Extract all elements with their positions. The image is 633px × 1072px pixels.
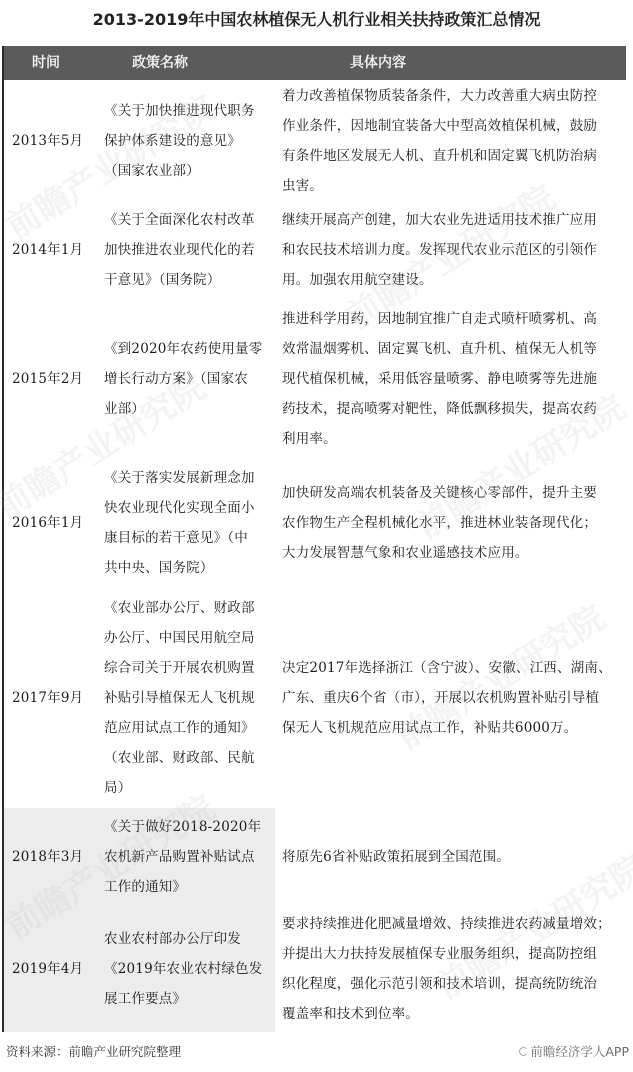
- table-row: 2016年1月 《关于落实发展新理念加 快农业现代化实现全面小 康目标的若干意见…: [4, 458, 626, 588]
- cell-policy-name: 《关于落实发展新理念加 快农业现代化实现全面小 康目标的若干意见》（中 共中央、…: [100, 458, 276, 588]
- cell-time: 2018年3月: [12, 808, 102, 906]
- header-time: 时间: [32, 46, 60, 80]
- cell-content: 继续开展高产创建，加大农业先进适用技术推广应用 和农民技术培训力度。发挥现代农业…: [282, 200, 626, 300]
- source-note: 资料来源：前瞻产业研究院整理: [6, 1042, 181, 1060]
- cell-content: 着力改善植保物质装备条件，大力改善重大病虫防控 作业条件，因地制宜装备大中型高效…: [282, 82, 626, 200]
- cell-time: 2019年4月: [12, 906, 102, 1032]
- cell-policy-name: 《关于做好2018-2020年 农机新产品购置补贴试点 工作的通知》: [100, 808, 276, 906]
- table-row: 2015年2月 《到2020年农药使用量零 增长行动方案》（国家农 业部） 推进…: [4, 300, 626, 458]
- qianzhan-logo-icon: [519, 1047, 528, 1056]
- table-row: 2017年9月 《农业部办公厅、财政部 办公厅、中国民用航空局 综合司关于开展农…: [4, 588, 626, 808]
- cell-policy-name: 《农业部办公厅、财政部 办公厅、中国民用航空局 综合司关于开展农机购置 补贴引导…: [100, 588, 276, 808]
- cell-content: 决定2017年选择浙江（含宁波）、安徽、江西、湖南、 广东、重庆6个省（市），开…: [282, 588, 626, 808]
- cell-policy-name: 《关于全面深化农村改革 加快推进农业现代化的若 干意见》（国务院）: [100, 200, 276, 300]
- cell-policy-name: 《到2020年农药使用量零 增长行动方案》（国家农 业部）: [100, 300, 276, 458]
- page-title: 2013-2019年中国农林植保无人机行业相关扶持政策汇总情况: [0, 6, 633, 34]
- cell-time: 2013年5月: [12, 82, 102, 200]
- table-row: 2018年3月 《关于做好2018-2020年 农机新产品购置补贴试点 工作的通…: [4, 808, 626, 906]
- cell-content: 加快研发高端农机装备及关键核心零部件，提升主要 农作物生产全程机械化水平，推进林…: [282, 458, 626, 588]
- cell-time: 2016年1月: [12, 458, 102, 588]
- cell-content: 要求持续推进化肥减量增效、持续推进农药减量增效； 并提出大力扶持发展植保专业服务…: [282, 906, 626, 1032]
- policy-table: 时间 政策名称 具体内容 2013年5月 《关于加快推进现代职务 保护体系建设的…: [2, 46, 626, 1032]
- cell-time: 2015年2月: [12, 300, 102, 458]
- cell-time: 2017年9月: [12, 588, 102, 808]
- footer: 资料来源：前瞻产业研究院整理 前瞻经济学人APP: [0, 1036, 633, 1066]
- cell-content: 将原先6省补贴政策拓展到全国范围。: [282, 808, 626, 906]
- brand-label: 前瞻经济学人APP: [530, 1042, 629, 1060]
- header-content: 具体内容: [350, 46, 406, 80]
- cell-policy-name: 农业农村部办公厅印发 《2019年农业农村绿色发 展工作要点》: [100, 906, 276, 1032]
- cell-policy-name: 《关于加快推进现代职务 保护体系建设的意见》 （国家农业部）: [100, 82, 276, 200]
- header-policy-name: 政策名称: [132, 46, 188, 80]
- table-row: 2019年4月 农业农村部办公厅印发 《2019年农业农村绿色发 展工作要点》 …: [4, 906, 626, 1032]
- brand-credit: 前瞻经济学人APP: [519, 1042, 629, 1060]
- table-header: 时间 政策名称 具体内容: [4, 46, 626, 80]
- cell-content: 推进科学用药，因地制宜推广自走式喷杆喷雾机、高 效常温烟雾机、固定翼飞机、直升机…: [282, 300, 626, 458]
- table-row: 2013年5月 《关于加快推进现代职务 保护体系建设的意见》 （国家农业部） 着…: [4, 82, 626, 200]
- cell-time: 2014年1月: [12, 200, 102, 300]
- table-row: 2014年1月 《关于全面深化农村改革 加快推进农业现代化的若 干意见》（国务院…: [4, 200, 626, 300]
